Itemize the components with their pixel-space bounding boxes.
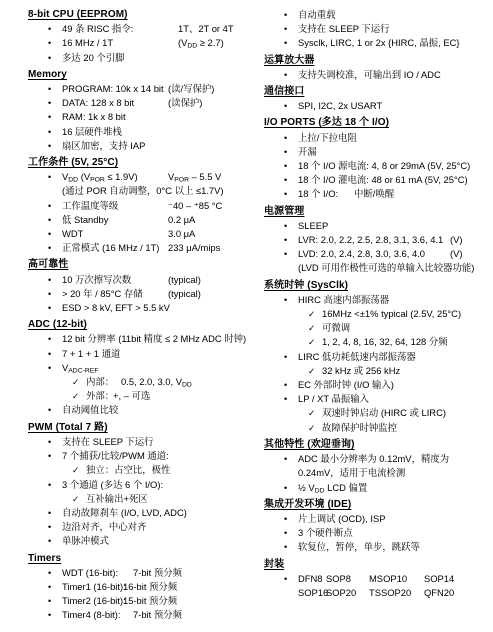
item-label: 可微调 <box>322 322 350 333</box>
bullet-icon: • <box>284 173 287 187</box>
item-label: 软复位，暂停，单步，跳跃等 <box>298 541 420 552</box>
list-item: •正常模式 (16 MHz / 1T)233 μA/mips <box>28 241 244 255</box>
item-label: 18 个 I/O 灌电流: 48 or 61 mA (5V, 25°C) <box>298 174 468 185</box>
item-label: 16MHz <±1% typical (2.5V, 25°C) <box>322 308 461 319</box>
item-value: SOP14 <box>424 572 454 586</box>
list-item: •RAM: 1k x 8 bit <box>28 110 244 124</box>
item-label: 扇区加密，支持 IAP <box>62 140 145 151</box>
section-left-5: PWM (Total 7 路)•支持在 SLEEP 下运行•7 个捕获/比较/P… <box>28 421 244 549</box>
bullet-icon: • <box>48 125 51 139</box>
item-label: 7 + 1 + 1 通道 <box>62 348 120 359</box>
item-label: 12 bit 分辨率 (11bit 精度 ≤ 2 MHz ADC 时钟) <box>62 333 246 344</box>
item-label: 互补输出+死区 <box>86 493 148 504</box>
item-label: Timer1 (16-bit): <box>62 581 126 592</box>
check-icon: ✓ <box>308 321 315 335</box>
check-icon: ✓ <box>72 463 79 477</box>
right-column: •自动重载•支持在 SLEEP 下运行•Sysclk, LIRC, 1 or 2… <box>264 8 493 632</box>
section-right-0: •自动重载•支持在 SLEEP 下运行•Sysclk, LIRC, 1 or 2… <box>264 8 493 51</box>
bullet-icon: • <box>284 526 287 540</box>
section-title: 8-bit CPU (EEPROM) <box>28 8 244 22</box>
item-label: HIRC 高速内部振荡器 <box>298 294 389 305</box>
list-item: •ESD > 8 kV, EFT > 5.5 kV <box>28 301 244 315</box>
list-item: •7 个捕获/比较/PWM 通道: <box>28 449 244 463</box>
item-label: 自动阈值比较 <box>62 404 118 415</box>
check-icon: ✓ <box>308 364 315 378</box>
item-label: VDD (VPOR ≤ 1.9V) <box>62 171 138 182</box>
list-item: •> 20 年 / 85°C 存储(typical) <box>28 287 244 301</box>
list-item: ✓互补输出+死区 <box>28 492 244 506</box>
list-item: •12 bit 分辨率 (11bit 精度 ≤ 2 MHz ADC 时钟) <box>28 332 244 346</box>
list-item: •自动阈值比较 <box>28 403 244 417</box>
item-value: +, – 可选 <box>113 389 150 403</box>
bullet-icon: • <box>48 82 51 96</box>
item-label: 工作温度等级 <box>62 200 118 211</box>
list-item: •VDD (VPOR ≤ 1.9V)VPOR – 5.5 V <box>28 170 244 184</box>
bullet-icon: • <box>284 572 287 586</box>
list-item: •多达 20 个引脚 <box>28 51 244 65</box>
list-item: •Sysclk, LIRC, 1 or 2x {HIRC, 晶振, EC} <box>264 36 493 50</box>
item-label: DATA: 128 x 8 bit <box>62 97 134 108</box>
list-item: •自动重载 <box>264 8 493 22</box>
item-value: 1T、2T or 4T <box>178 22 234 36</box>
section-title: 高可靠性 <box>28 258 244 272</box>
list-item: •WDT3.0 μA <box>28 227 244 241</box>
section-title: I/O PORTS (多达 18 个 I/O) <box>264 116 493 130</box>
list-item: •工作温度等级⁻40 – ⁺85 °C <box>28 199 244 213</box>
item-label: 3 个通道 (多达 6 个 I/O): <box>62 479 163 490</box>
item-label: 边沿对齐，中心对齐 <box>62 521 146 532</box>
item-value: SOP8 <box>326 572 351 586</box>
bullet-icon: • <box>284 392 287 406</box>
item-value: VPOR – 5.5 V <box>168 170 221 184</box>
bullet-icon: • <box>284 512 287 526</box>
check-icon: ✓ <box>308 335 315 349</box>
section-title: 系统时钟 (SysClk) <box>264 279 493 293</box>
list-item: •16 层硬件堆栈 <box>28 125 244 139</box>
item-label: 32 kHz 或 256 kHz <box>322 365 400 376</box>
section-title: 运算放大器 <box>264 54 493 68</box>
item-label: LIRC 低功耗低速内部振荡器 <box>298 351 416 362</box>
list-item: •开漏 <box>264 145 493 159</box>
bullet-icon: • <box>48 22 51 36</box>
bullet-icon: • <box>48 506 51 520</box>
section-title: PWM (Total 7 路) <box>28 421 244 435</box>
list-item: •LVR: 2.0, 2.2, 2.5, 2.8, 3.1, 3.6, 4.1(… <box>264 233 493 247</box>
item-label: 0.24mV，适用于电流检测 <box>298 467 405 478</box>
item-value: 7-bit 预分频 <box>133 566 182 580</box>
list-item: •Timer4 (8-bit):7-bit 预分频 <box>28 608 244 622</box>
section-title: ADC (12-bit) <box>28 318 244 332</box>
item-label: 7 个捕获/比较/PWM 通道: <box>62 450 169 461</box>
section-title: 封装 <box>264 558 493 572</box>
list-item: ✓外部：+, – 可选 <box>28 389 244 403</box>
item-label: 16 MHz / 1T <box>62 37 113 48</box>
bullet-icon: • <box>284 219 287 233</box>
list-item: 0.24mV，适用于电流检测 <box>264 466 493 480</box>
item-label: (通过 POR 自动调整，0°C 以上 ≤1.7V) <box>62 185 224 196</box>
list-item: •18 个 I/O 源电流: 4, 8 or 29mA (5V, 25°C) <box>264 159 493 173</box>
item-label: ESD > 8 kV, EFT > 5.5 kV <box>62 302 170 313</box>
bullet-icon: • <box>48 273 51 287</box>
section-right-1: 运算放大器•支持失调校准，可输出到 IO / ADC <box>264 54 493 82</box>
item-label: 自动故障刹车 (I/O, LVD, ADC) <box>62 507 187 518</box>
item-label: SLEEP <box>298 220 328 231</box>
section-title: 其他特性 (欢迎垂询) <box>264 438 493 452</box>
item-label: RAM: 1k x 8 bit <box>62 111 126 122</box>
bullet-icon: • <box>48 36 51 50</box>
item-value: 233 μA/mips <box>168 241 220 255</box>
item-label: EC 外部时钟 (I/O 输入) <box>298 379 394 390</box>
bullet-icon: • <box>284 36 287 50</box>
list-item: •3 个硬件断点 <box>264 526 493 540</box>
item-label: 自动重载 <box>298 9 336 20</box>
bullet-icon: • <box>284 293 287 307</box>
section-right-7: 集成开发环境 (IDE)•片上调试 (OCD), ISP•3 个硬件断点•软复位… <box>264 498 493 555</box>
item-label: 1, 2, 4, 8, 16, 32, 64, 128 分频 <box>322 336 448 347</box>
list-item: •LIRC 低功耗低速内部振荡器 <box>264 350 493 364</box>
list-item: ✓可微调 <box>264 321 493 335</box>
list-item: •Timer2 (16-bit):15-bit 预分频 <box>28 594 244 608</box>
section-title: Memory <box>28 68 244 82</box>
bullet-icon: • <box>284 159 287 173</box>
section-title: 集成开发环境 (IDE) <box>264 498 493 512</box>
item-value: 中断/唤醒 <box>354 187 394 201</box>
item-value: 0.2 μA <box>168 213 195 227</box>
item-label: Sysclk, LIRC, 1 or 2x {HIRC, 晶振, EC} <box>298 37 460 48</box>
bullet-icon: • <box>48 435 51 449</box>
item-value: 0.5, 2.0, 3.0, VDD <box>121 375 192 389</box>
item-label: 支持在 SLEEP 下运行 <box>62 436 154 447</box>
item-value: MSOP10 <box>369 572 407 586</box>
item-value: QFN20 <box>424 586 454 600</box>
item-label: 16 层硬件堆栈 <box>62 126 122 137</box>
bullet-icon: • <box>48 213 51 227</box>
bullet-icon: • <box>284 145 287 159</box>
list-item: •单脉冲模式 <box>28 534 244 548</box>
list-item: •软复位，暂停，单步，跳跃等 <box>264 540 493 554</box>
item-value: ⁻40 – ⁺85 °C <box>168 199 222 213</box>
list-item: ✓内部：0.5, 2.0, 3.0, VDD <box>28 375 244 389</box>
list-item: SOP16SOP20TSSOP20QFN20 <box>264 586 493 600</box>
bullet-icon: • <box>48 96 51 110</box>
bullet-icon: • <box>284 540 287 554</box>
item-label: DFN8 <box>298 573 322 584</box>
section-left-0: 8-bit CPU (EEPROM)•49 条 RISC 指令:1T、2T or… <box>28 8 244 65</box>
item-label: 单脉冲模式 <box>62 535 109 546</box>
bullet-icon: • <box>48 449 51 463</box>
item-label: 49 条 RISC 指令: <box>62 23 133 34</box>
section-right-3: I/O PORTS (多达 18 个 I/O)•上拉/下拉电阻•开漏•18 个 … <box>264 116 493 201</box>
bullet-icon: • <box>284 247 287 261</box>
list-item: •支持失调校准，可输出到 IO / ADC <box>264 68 493 82</box>
section-title: 通信接口 <box>264 85 493 99</box>
list-item: ✓1, 2, 4, 8, 16, 32, 64, 128 分频 <box>264 335 493 349</box>
list-item: •7 + 1 + 1 通道 <box>28 347 244 361</box>
bullet-icon: • <box>284 68 287 82</box>
section-right-6: 其他特性 (欢迎垂询)•ADC 最小分辨率为 0.12mV，精度为0.24mV，… <box>264 438 493 495</box>
item-label: LP / XT 晶振输入 <box>298 393 369 404</box>
bullet-icon: • <box>284 452 287 466</box>
list-item: •边沿对齐，中心对齐 <box>28 520 244 534</box>
item-label: 低 Standby <box>62 214 108 225</box>
bullet-icon: • <box>48 534 51 548</box>
item-value: (VDD ≥ 2.7) <box>178 36 224 50</box>
item-value: SOP20 <box>326 586 356 600</box>
list-item: •LP / XT 晶振输入 <box>264 392 493 406</box>
list-item: •扇区加密，支持 IAP <box>28 139 244 153</box>
item-value: (typical) <box>168 273 201 287</box>
left-column: 8-bit CPU (EEPROM)•49 条 RISC 指令:1T、2T or… <box>28 8 244 632</box>
check-icon: ✓ <box>72 389 79 403</box>
item-label: Timer4 (8-bit): <box>62 609 121 620</box>
check-icon: ✓ <box>308 406 315 420</box>
item-label: 多达 20 个引脚 <box>62 52 125 63</box>
list-item: ✓双速时钟启动 (HIRC 或 LIRC) <box>264 406 493 420</box>
item-value: TSSOP20 <box>369 586 411 600</box>
bullet-icon: • <box>284 350 287 364</box>
item-label: 外部： <box>86 390 114 401</box>
bullet-icon: • <box>284 99 287 113</box>
item-value: (V) <box>450 247 463 261</box>
section-right-5: 系统时钟 (SysClk)•HIRC 高速内部振荡器✓16MHz <±1% ty… <box>264 279 493 435</box>
item-label: WDT <box>62 228 83 239</box>
item-label: 片上调试 (OCD), ISP <box>298 513 386 524</box>
item-label: 10 万次擦写次数 <box>62 274 131 285</box>
list-item: •½ VDD LCD 偏置 <box>264 481 493 495</box>
list-item: •低 Standby0.2 μA <box>28 213 244 227</box>
item-label: (LVD 可用作极性可选的单输入比较器功能) <box>298 262 474 273</box>
list-item: •上拉/下拉电阻 <box>264 131 493 145</box>
list-item: ✓故障保护时钟监控 <box>264 421 493 435</box>
list-item: •DFN8SOP8MSOP10SOP14 <box>264 572 493 586</box>
item-label: PROGRAM: 10k x 14 bit <box>62 83 164 94</box>
list-item: •49 条 RISC 指令:1T、2T or 4T <box>28 22 244 36</box>
item-label: 双速时钟启动 (HIRC 或 LIRC) <box>322 407 446 418</box>
list-item: •支持在 SLEEP 下运行 <box>28 435 244 449</box>
list-item: •VADC-REF <box>28 361 244 375</box>
list-item: •SPI, I2C, 2x USART <box>264 99 493 113</box>
list-item: •自动故障刹车 (I/O, LVD, ADC) <box>28 506 244 520</box>
item-label: 上拉/下拉电阻 <box>298 132 357 143</box>
list-item: (通过 POR 自动调整，0°C 以上 ≤1.7V) <box>28 184 244 198</box>
section-left-3: 高可靠性•10 万次擦写次数(typical)•> 20 年 / 85°C 存储… <box>28 258 244 315</box>
check-icon: ✓ <box>308 421 315 435</box>
list-item: •16 MHz / 1T(VDD ≥ 2.7) <box>28 36 244 50</box>
item-value: (读/写保护) <box>168 82 214 96</box>
list-item: (LVD 可用作极性可选的单输入比较器功能) <box>264 261 493 275</box>
bullet-icon: • <box>48 332 51 346</box>
bullet-icon: • <box>48 241 51 255</box>
item-label: 内部： <box>86 376 114 387</box>
list-item: ✓独立：占空比，极性 <box>28 463 244 477</box>
section-right-4: 电源管理•SLEEP•LVR: 2.0, 2.2, 2.5, 2.8, 3.1,… <box>264 205 493 276</box>
bullet-icon: • <box>284 378 287 392</box>
bullet-icon: • <box>48 478 51 492</box>
bullet-icon: • <box>48 403 51 417</box>
item-value: (V) <box>450 233 463 247</box>
item-value: (读保护) <box>168 96 202 110</box>
list-item: •EC 外部时钟 (I/O 输入) <box>264 378 493 392</box>
bullet-icon: • <box>48 347 51 361</box>
bullet-icon: • <box>48 361 51 375</box>
bullet-icon: • <box>48 51 51 65</box>
bullet-icon: • <box>48 301 51 315</box>
bullet-icon: • <box>48 608 51 622</box>
item-value: (typical) <box>168 287 201 301</box>
item-value: 7-bit 预分频 <box>133 608 182 622</box>
item-label: ADC 最小分辨率为 0.12mV，精度为 <box>298 453 449 464</box>
item-label: 开漏 <box>298 146 317 157</box>
list-item: •LVD: 2.0, 2.4, 2.8, 3.0, 3.6, 4.0(V) <box>264 247 493 261</box>
section-title: Timers <box>28 552 244 566</box>
list-item: •HIRC 高速内部振荡器 <box>264 293 493 307</box>
item-value: 3.0 μA <box>168 227 195 241</box>
section-title: 电源管理 <box>264 205 493 219</box>
section-title: 工作条件 (5V, 25°C) <box>28 156 244 170</box>
section-left-2: 工作条件 (5V, 25°C)•VDD (VPOR ≤ 1.9V)VPOR – … <box>28 156 244 255</box>
check-icon: ✓ <box>308 307 315 321</box>
list-item: •支持在 SLEEP 下运行 <box>264 22 493 36</box>
bullet-icon: • <box>48 594 51 608</box>
section-left-6: Timers•WDT (16-bit):7-bit 预分频•Timer1 (16… <box>28 552 244 623</box>
bullet-icon: • <box>48 520 51 534</box>
item-value: 16-bit 预分频 <box>123 580 177 594</box>
item-label: SOP16 <box>298 587 328 598</box>
bullet-icon: • <box>48 110 51 124</box>
list-item: ✓32 kHz 或 256 kHz <box>264 364 493 378</box>
bullet-icon: • <box>284 131 287 145</box>
item-label: Timer2 (16-bit): <box>62 595 126 606</box>
item-label: WDT (16-bit): <box>62 567 118 578</box>
list-item: •18 个 I/O:中断/唤醒 <box>264 187 493 201</box>
item-label: 支持在 SLEEP 下运行 <box>298 23 390 34</box>
check-icon: ✓ <box>72 492 79 506</box>
item-label: 正常模式 (16 MHz / 1T) <box>62 242 159 253</box>
list-item: •10 万次擦写次数(typical) <box>28 273 244 287</box>
item-label: SPI, I2C, 2x USART <box>298 100 382 111</box>
bullet-icon: • <box>48 139 51 153</box>
list-item: ✓16MHz <±1% typical (2.5V, 25°C) <box>264 307 493 321</box>
item-label: 18 个 I/O 源电流: 4, 8 or 29mA (5V, 25°C) <box>298 160 470 171</box>
list-item: •Timer1 (16-bit):16-bit 预分频 <box>28 580 244 594</box>
bullet-icon: • <box>284 22 287 36</box>
item-label: > 20 年 / 85°C 存储 <box>62 288 143 299</box>
datasheet-page: 8-bit CPU (EEPROM)•49 条 RISC 指令:1T、2T or… <box>0 0 493 632</box>
item-label: ½ VDD LCD 偏置 <box>298 482 367 493</box>
check-icon: ✓ <box>72 375 79 389</box>
section-left-1: Memory•PROGRAM: 10k x 14 bit(读/写保护)•DATA… <box>28 68 244 153</box>
section-right-8: 封装•DFN8SOP8MSOP10SOP14SOP16SOP20TSSOP20Q… <box>264 558 493 601</box>
list-item: •DATA: 128 x 8 bit(读保护) <box>28 96 244 110</box>
bullet-icon: • <box>284 481 287 495</box>
section-left-4: ADC (12-bit)•12 bit 分辨率 (11bit 精度 ≤ 2 MH… <box>28 318 244 417</box>
item-label: 故障保护时钟监控 <box>322 422 397 433</box>
list-item: •ADC 最小分辨率为 0.12mV，精度为 <box>264 452 493 466</box>
section-right-2: 通信接口•SPI, I2C, 2x USART <box>264 85 493 113</box>
list-item: •PROGRAM: 10k x 14 bit(读/写保护) <box>28 82 244 96</box>
bullet-icon: • <box>48 227 51 241</box>
item-label: LVR: 2.0, 2.2, 2.5, 2.8, 3.1, 3.6, 4.1 <box>298 234 443 245</box>
item-value: 15-bit 预分频 <box>123 594 177 608</box>
item-label: 独立：占空比，极性 <box>86 464 170 475</box>
list-item: •片上调试 (OCD), ISP <box>264 512 493 526</box>
item-label: 支持失调校准，可输出到 IO / ADC <box>298 69 441 80</box>
bullet-icon: • <box>48 566 51 580</box>
bullet-icon: • <box>48 287 51 301</box>
bullet-icon: • <box>284 233 287 247</box>
item-label: LVD: 2.0, 2.4, 2.8, 3.0, 3.6, 4.0 <box>298 248 425 259</box>
item-label: 18 个 I/O: <box>298 188 338 199</box>
list-item: •3 个通道 (多达 6 个 I/O): <box>28 478 244 492</box>
item-label: 3 个硬件断点 <box>298 527 353 538</box>
list-item: •SLEEP <box>264 219 493 233</box>
bullet-icon: • <box>48 199 51 213</box>
bullet-icon: • <box>284 187 287 201</box>
bullet-icon: • <box>48 170 51 184</box>
list-item: •WDT (16-bit):7-bit 预分频 <box>28 566 244 580</box>
list-item: •18 个 I/O 灌电流: 48 or 61 mA (5V, 25°C) <box>264 173 493 187</box>
item-label: VADC-REF <box>62 362 98 373</box>
bullet-icon: • <box>48 580 51 594</box>
bullet-icon: • <box>284 8 287 22</box>
